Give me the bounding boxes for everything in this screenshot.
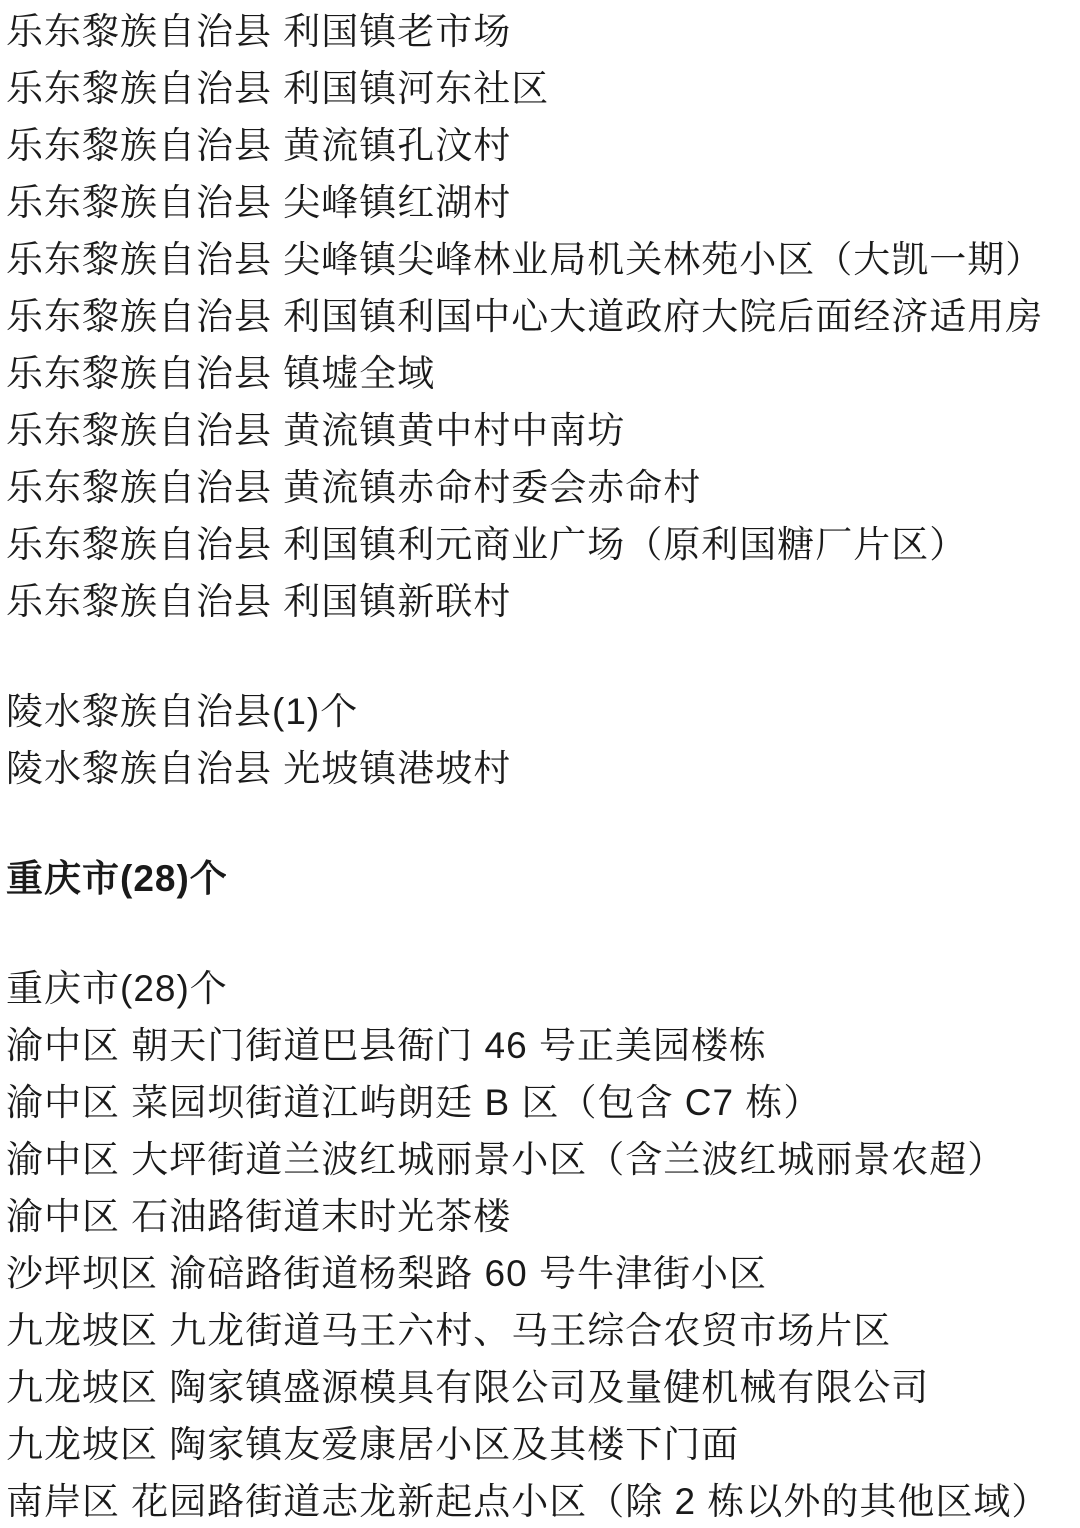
- risk-area-line: 乐东黎族自治县 利国镇利元商业广场（原利国糖厂片区）: [6, 516, 1080, 573]
- risk-area-line: 渝中区 朝天门街道巴县衙门 46 号正美园楼栋: [6, 1017, 1080, 1074]
- risk-area-line: 九龙坡区 九龙街道马王六村、马王综合农贸市场片区: [6, 1302, 1080, 1359]
- risk-area-line: 陵水黎族自治县 光坡镇港坡村: [6, 740, 1080, 797]
- ledong-section: 乐东黎族自治县 利国镇老市场 乐东黎族自治县 利国镇河东社区 乐东黎族自治县 黄…: [6, 3, 1080, 630]
- risk-area-line: 乐东黎族自治县 利国镇利国中心大道政府大院后面经济适用房: [6, 288, 1080, 345]
- chongqing-section: 重庆市(28)个 渝中区 朝天门街道巴县衙门 46 号正美园楼栋 渝中区 菜园坝…: [6, 960, 1080, 1528]
- section-gap: [6, 907, 1080, 960]
- lingshui-section: 陵水黎族自治县(1)个 陵水黎族自治县 光坡镇港坡村: [6, 683, 1080, 797]
- risk-area-line: 南岸区 花园路街道志龙新起点小区（除 2 栋以外的其他区域）: [6, 1473, 1080, 1528]
- risk-area-line: 九龙坡区 陶家镇友爱康居小区及其楼下门面: [6, 1416, 1080, 1473]
- section-gap: [6, 630, 1080, 683]
- risk-area-line: 乐东黎族自治县 黄流镇赤命村委会赤命村: [6, 459, 1080, 516]
- chongqing-count-header: 重庆市(28)个: [6, 960, 1080, 1017]
- risk-area-line: 乐东黎族自治县 利国镇新联村: [6, 573, 1080, 630]
- risk-area-line: 乐东黎族自治县 黄流镇黄中村中南坊: [6, 402, 1080, 459]
- risk-area-line: 乐东黎族自治县 利国镇老市场: [6, 3, 1080, 60]
- risk-area-line: 乐东黎族自治县 黄流镇孔汶村: [6, 117, 1080, 174]
- risk-area-document: 乐东黎族自治县 利国镇老市场 乐东黎族自治县 利国镇河东社区 乐东黎族自治县 黄…: [0, 0, 1080, 1528]
- lingshui-count-header: 陵水黎族自治县(1)个: [6, 683, 1080, 740]
- risk-area-line: 沙坪坝区 渝碚路街道杨梨路 60 号牛津街小区: [6, 1245, 1080, 1302]
- risk-area-line: 九龙坡区 陶家镇盛源模具有限公司及量健机械有限公司: [6, 1359, 1080, 1416]
- risk-area-line: 乐东黎族自治县 尖峰镇尖峰林业局机关林苑小区（大凯一期）: [6, 231, 1080, 288]
- section-gap: [6, 797, 1080, 850]
- chongqing-title-section: 重庆市(28)个: [6, 850, 1080, 907]
- risk-area-line: 渝中区 石油路街道末时光茶楼: [6, 1188, 1080, 1245]
- risk-area-line: 渝中区 大坪街道兰波红城丽景小区（含兰波红城丽景农超）: [6, 1131, 1080, 1188]
- risk-area-line: 乐东黎族自治县 尖峰镇红湖村: [6, 174, 1080, 231]
- risk-area-line: 渝中区 菜园坝街道江屿朗廷 B 区（包含 C7 栋）: [6, 1074, 1080, 1131]
- chongqing-count-header-bold: 重庆市(28)个: [6, 850, 1080, 907]
- risk-area-line: 乐东黎族自治县 镇墟全域: [6, 345, 1080, 402]
- risk-area-line: 乐东黎族自治县 利国镇河东社区: [6, 60, 1080, 117]
